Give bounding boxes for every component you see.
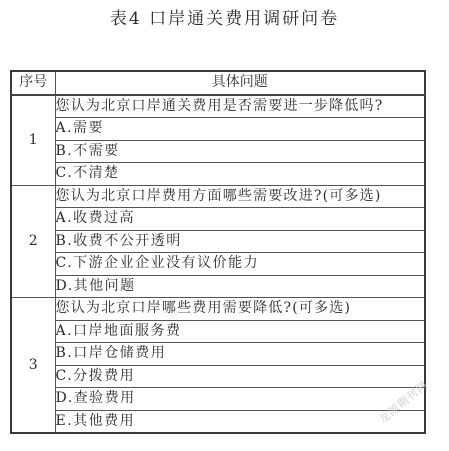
table-row: B.口岸仓储费用 (11, 343, 425, 366)
option-item: B.收费不公开透明 (55, 230, 425, 253)
option-item: B.不需要 (55, 140, 425, 163)
table-row: A.收费过高 (11, 208, 425, 231)
question-text: 您认为北京口岸费用方面哪些需要改进?(可多选) (55, 185, 425, 208)
option-item: C.分拨费用 (55, 365, 425, 388)
option-item: A.需要 (55, 118, 425, 141)
table-title: 表4 口岸通关费用调研问卷 (0, 4, 449, 29)
question-number: 1 (11, 95, 55, 186)
table-row: D.查验费用 (11, 388, 425, 411)
question-text: 您认为北京口岸通关费用是否需要进一步降低吗? (55, 95, 425, 118)
table-row: A.需要 (11, 118, 425, 141)
table-row: A.口岸地面服务费 (11, 320, 425, 343)
table-row: C.不清楚 (11, 163, 425, 186)
table-row: C.分拨费用 (11, 365, 425, 388)
header-question: 具体问题 (55, 71, 425, 95)
option-item: E.其他费用 (55, 410, 425, 433)
option-item: C.下游企业企业没有议价能力 (55, 253, 425, 276)
question-number: 2 (11, 185, 55, 298)
header-number: 序号 (11, 71, 55, 95)
table-row: C.下游企业企业没有议价能力 (11, 253, 425, 276)
table-row: B.不需要 (11, 140, 425, 163)
questionnaire-table: 序号 具体问题 1 您认为北京口岸通关费用是否需要进一步降低吗? A.需要 B.… (10, 70, 426, 434)
table-row: 3 您认为北京口岸哪些费用需要降低?(可多选) (11, 298, 425, 321)
option-item: B.口岸仓储费用 (55, 343, 425, 366)
table-row: D.其他问题 (11, 275, 425, 298)
table-row: 2 您认为北京口岸费用方面哪些需要改进?(可多选) (11, 185, 425, 208)
option-item: C.不清楚 (55, 163, 425, 186)
question-number: 3 (11, 298, 55, 434)
table-header-row: 序号 具体问题 (11, 71, 425, 95)
table-row: 1 您认为北京口岸通关费用是否需要进一步降低吗? (11, 95, 425, 118)
question-text: 您认为北京口岸哪些费用需要降低?(可多选) (55, 298, 425, 321)
option-item: D.查验费用 (55, 388, 425, 411)
option-item: A.收费过高 (55, 208, 425, 231)
option-item: D.其他问题 (55, 275, 425, 298)
table-row: E.其他费用 (11, 410, 425, 433)
table-row: B.收费不公开透明 (11, 230, 425, 253)
option-item: A.口岸地面服务费 (55, 320, 425, 343)
